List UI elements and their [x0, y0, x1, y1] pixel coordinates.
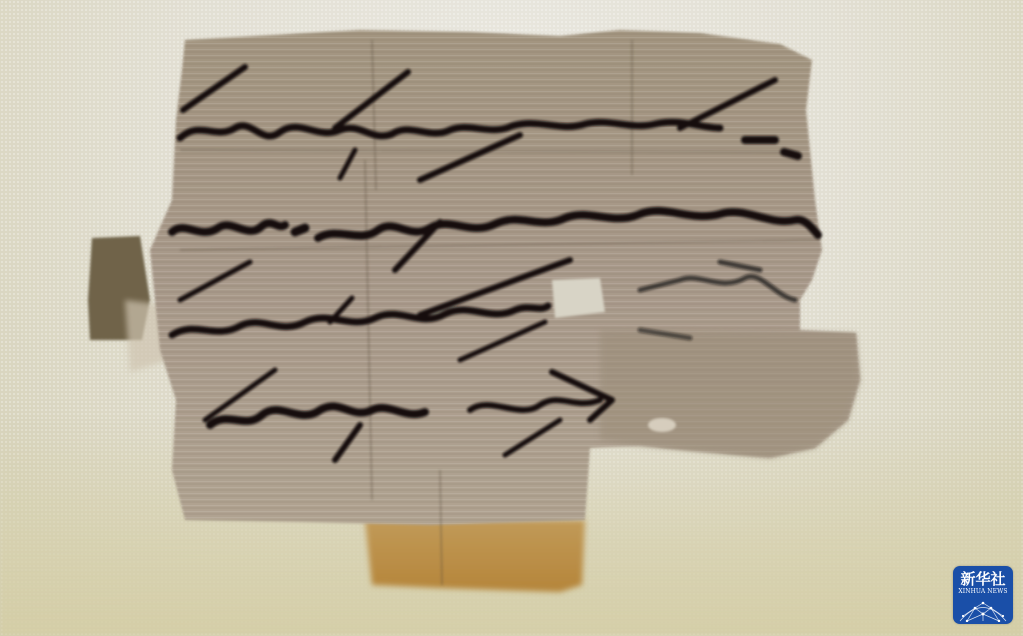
network-globe-icon	[957, 600, 1009, 622]
papyrus-fragment	[0, 0, 1023, 636]
logo-text-cn: 新华社	[953, 571, 1013, 587]
photo-background	[0, 0, 1023, 636]
logo-text-en: XINHUA NEWS	[953, 588, 1013, 596]
xinhua-news-logo: 新华社 XINHUA NEWS	[953, 566, 1013, 624]
